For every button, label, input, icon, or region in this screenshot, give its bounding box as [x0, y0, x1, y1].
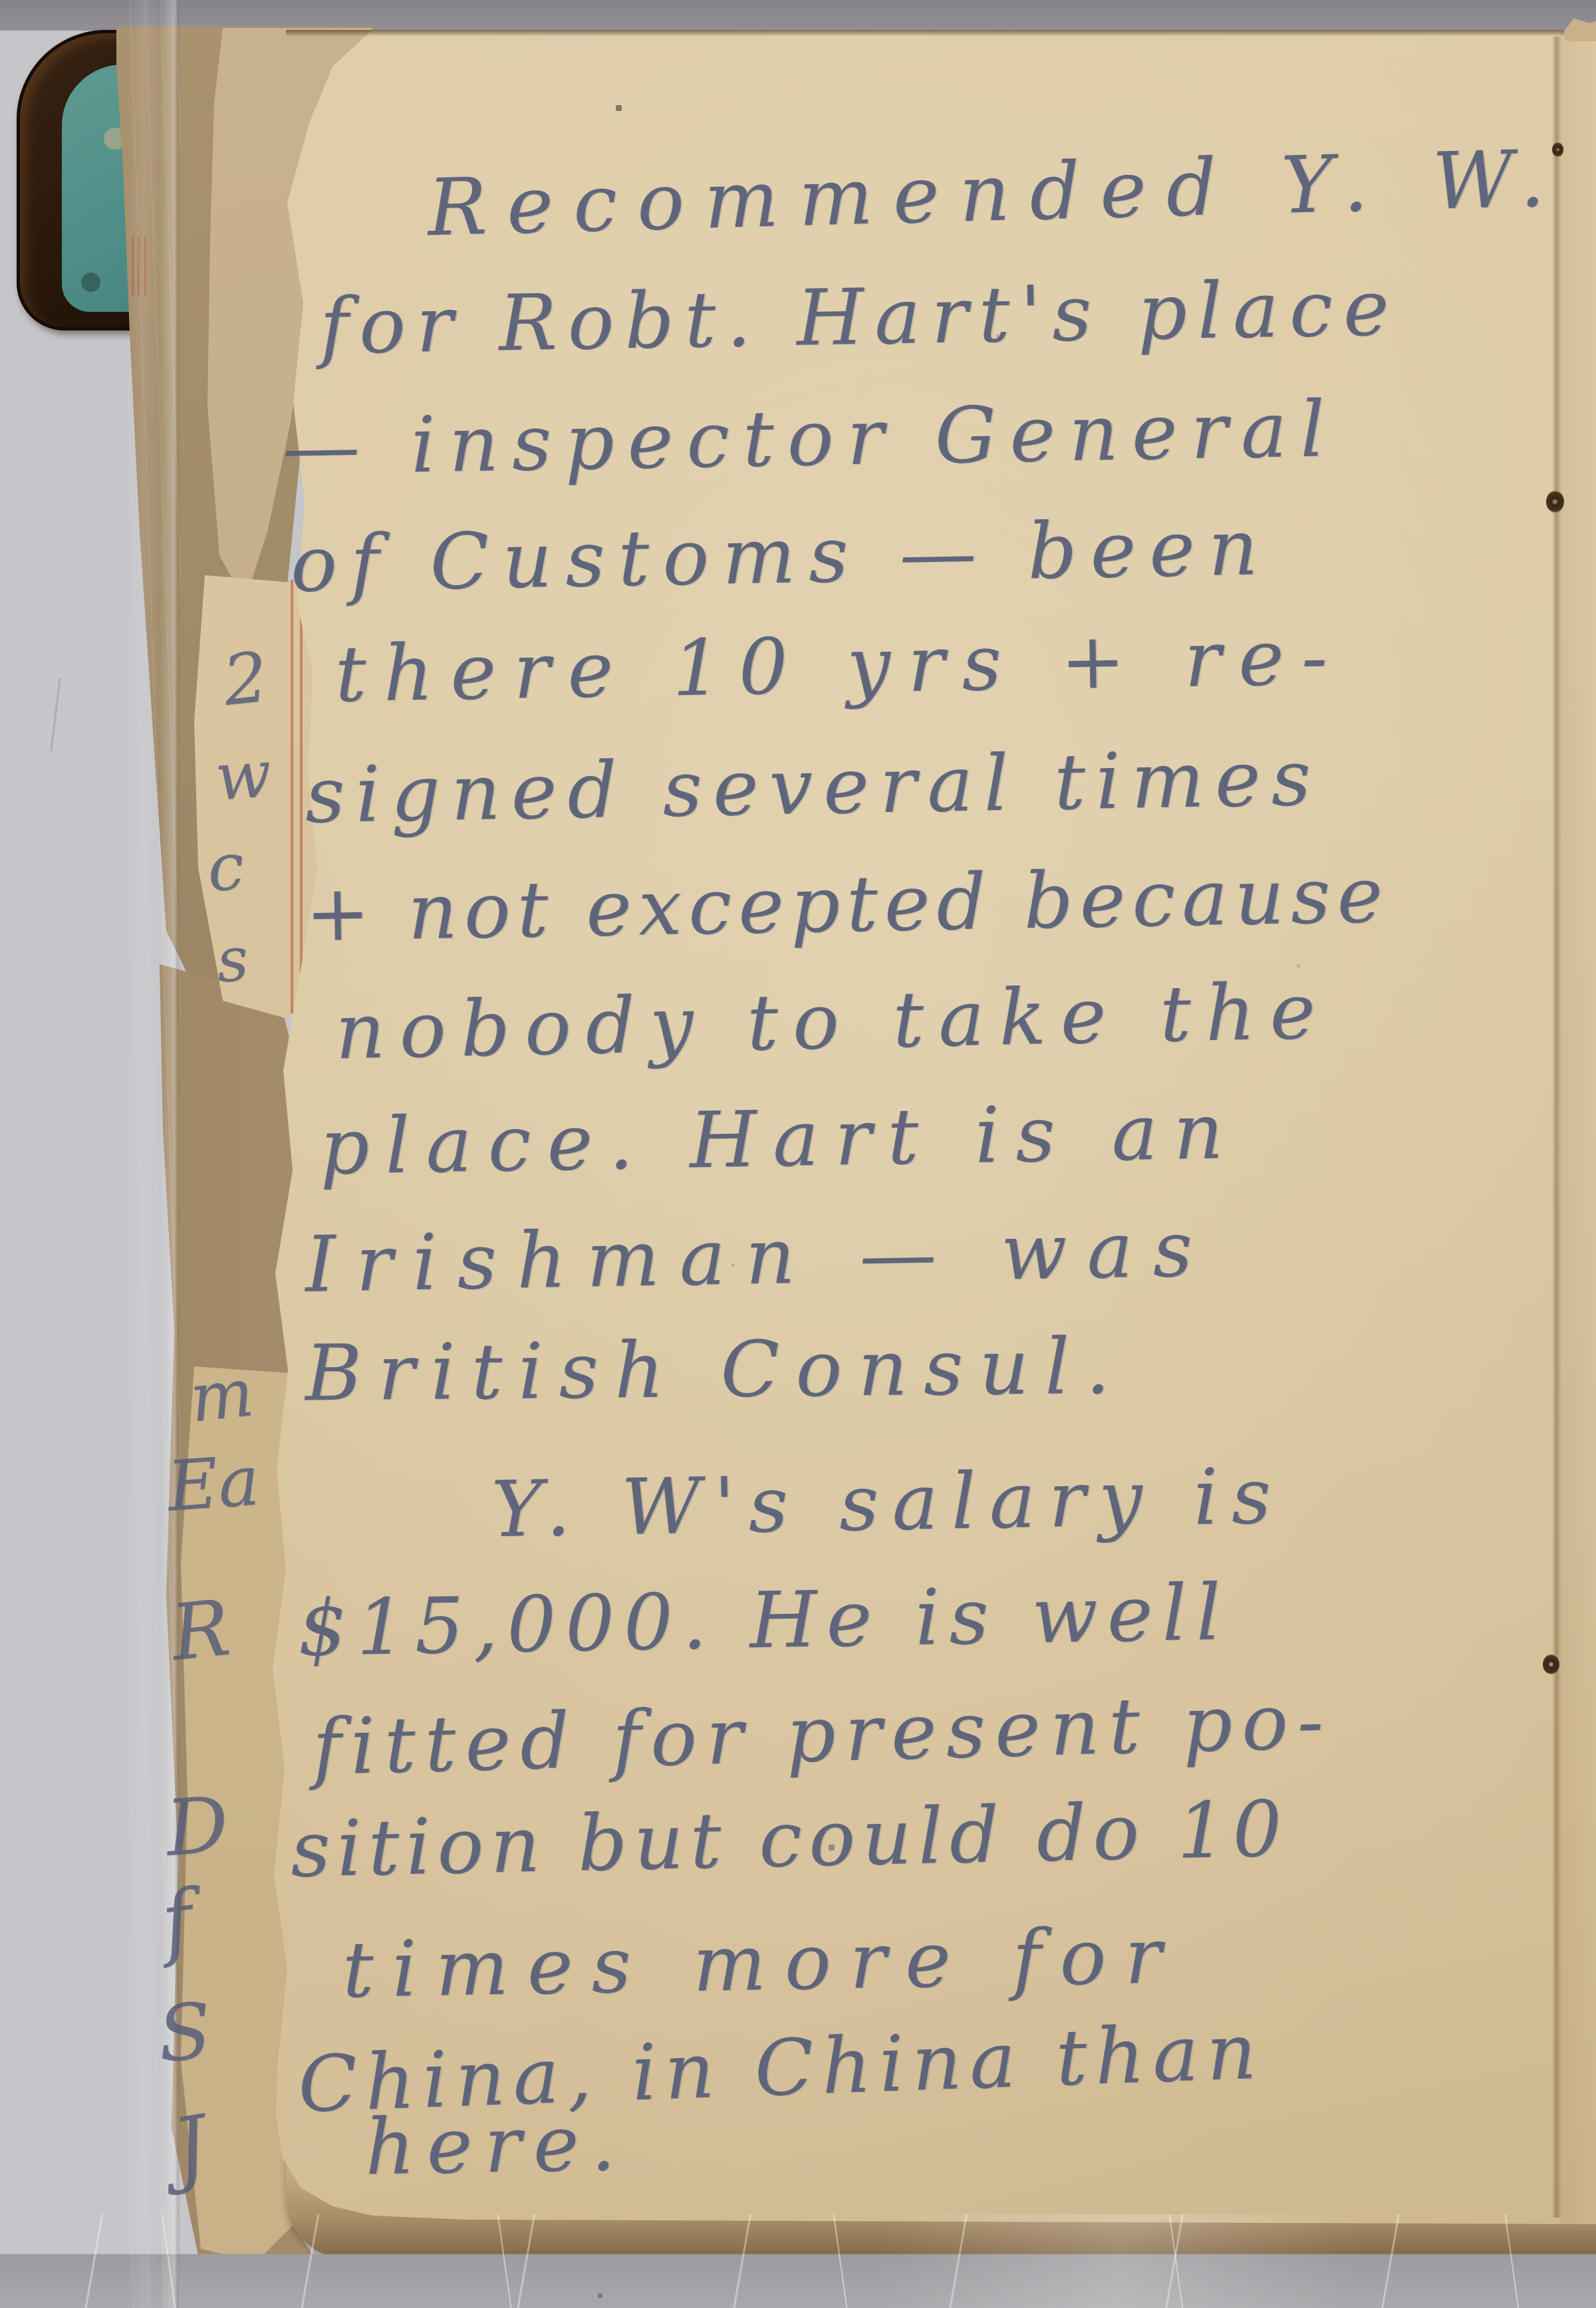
- torn-fragment-2: w: [213, 736, 274, 816]
- handwritten-line-10: Irishman — was: [305, 1204, 1213, 1310]
- torn-fragment-7: R: [167, 1583, 234, 1678]
- red-margin-lines-top: [132, 237, 150, 295]
- torn-fragment-8: D: [163, 1780, 231, 1874]
- handwritten-line-2: for Robt. Hart's place: [319, 263, 1400, 372]
- page-top-shadow: [286, 30, 1596, 37]
- torn-fragment-6: Ea: [165, 1440, 262, 1527]
- handwritten-line-5: there 10 yrs + re-: [334, 612, 1345, 719]
- torn-fragment-10: S: [155, 1986, 214, 2079]
- handwritten-line-13: $15,000. He is well: [297, 1568, 1231, 1674]
- gutter-shading: [1560, 30, 1596, 2224]
- wormhole-lower: [1543, 1654, 1559, 1674]
- handwritten-line-9: place. Hart is an: [319, 1087, 1240, 1192]
- torn-fragment-5: m: [186, 1353, 257, 1437]
- handwritten-line-18: here.: [364, 2099, 628, 2193]
- paper-specks: [0, 0, 1, 1]
- handwritten-line-6: signed several times: [305, 733, 1322, 841]
- wormhole-middle: [1546, 491, 1564, 513]
- handwritten-line-7: + not excepted because: [305, 850, 1390, 959]
- torn-fragment-3: c: [205, 829, 247, 907]
- handwritten-line-4: of Customs — been: [290, 503, 1272, 610]
- red-margin-lines: [291, 580, 305, 1013]
- handwritten-line-11: British Consul.: [305, 1322, 1126, 1419]
- scanned-notebook-photo: Recommended Y. W.for Robt. Hart's place—…: [0, 0, 1596, 2308]
- scanner-mat-top: [0, 0, 1596, 31]
- handwritten-line-3: — inspector General: [282, 384, 1339, 493]
- scanner-mat-left: [0, 0, 130, 2308]
- handwritten-line-16: times more for: [342, 1911, 1181, 2015]
- handwritten-line-12: Y. W's salary is: [491, 1452, 1285, 1555]
- scanner-mat-bottom: [0, 2254, 1596, 2308]
- torn-fragment-4: s: [214, 923, 251, 996]
- torn-fragment-1: 2: [219, 636, 272, 721]
